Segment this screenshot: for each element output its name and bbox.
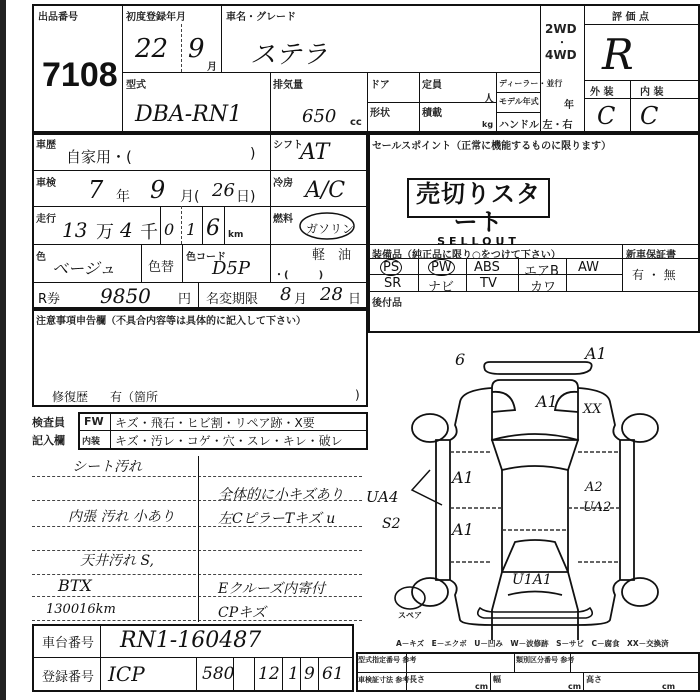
reg-digit-1: 580 xyxy=(202,664,234,684)
model-year-unit: 年 xyxy=(564,96,574,111)
model-year-label: モデル年式 xyxy=(499,96,539,107)
after-parts-label: 後付品 xyxy=(372,294,402,309)
class-number-label: 類別区分番号 参考 xyxy=(516,655,574,665)
fw-label: FW xyxy=(84,415,104,428)
equip-navi: ナビ xyxy=(428,276,454,295)
inspection-day: 26 xyxy=(212,180,235,201)
repair-close: ) xyxy=(355,388,360,402)
mark-front-bumper-right: A1 xyxy=(585,344,607,363)
equip-leather: カワ xyxy=(530,276,556,295)
displacement-value: 650 xyxy=(302,106,336,127)
inspector-label-1: 検査員 xyxy=(32,414,65,430)
repaint-label: 色替 xyxy=(148,256,174,275)
note-left-2: 内張 汚れ 小あり xyxy=(68,506,175,526)
reg-digit-4: 9 xyxy=(304,664,315,684)
fw-items: キズ・飛石・ヒビ割・リペア跡・X要 xyxy=(115,414,315,431)
inspection-year: 7 xyxy=(88,176,103,204)
mileage-sen-unit: 千 xyxy=(140,218,158,244)
inspector-label-2: 記入欄 xyxy=(32,432,65,448)
reg-label: 登録番号 xyxy=(42,666,94,685)
model-label: 型式 xyxy=(126,76,146,91)
inspection-day-unit: 日) xyxy=(236,186,255,206)
note-left-3: 天井汚れ S, xyxy=(80,550,154,570)
deadline-month: 8 xyxy=(280,284,291,305)
handle-label: ハンドル 左・右 xyxy=(499,116,572,131)
equip-pw: PW xyxy=(428,259,455,276)
drive-dot: ・ xyxy=(557,34,567,49)
exterior-label: 外 装 xyxy=(590,83,613,98)
lot-number: 7108 xyxy=(42,56,118,95)
load-unit: kg xyxy=(482,120,493,129)
reg-digit-5: 61 xyxy=(322,664,344,684)
fuel-diesel: 軽 油 xyxy=(312,244,351,263)
mark-left-sill-ua4: UA4 xyxy=(366,488,399,506)
displacement-label: 排気量 xyxy=(273,76,303,91)
inspection-month: 9 xyxy=(150,176,165,204)
car-diagram xyxy=(390,340,680,640)
displacement-unit: cc xyxy=(350,117,362,128)
width-label: 幅 xyxy=(493,674,501,685)
mileage-man: 13 xyxy=(62,218,87,242)
door-label: ドア xyxy=(370,76,390,91)
deadline-month-unit: 月 xyxy=(294,288,307,307)
fuel-circle xyxy=(298,208,356,242)
recycle-unit: 円 xyxy=(178,288,191,307)
drive-4wd: 4WD xyxy=(545,48,577,62)
interior-grade: C xyxy=(640,102,658,130)
certificate-size-label: 車検証寸法 参考 xyxy=(358,675,409,685)
sellout-stamp: 売切りスタート SELLOUT xyxy=(407,178,550,218)
recycle-label: R券 xyxy=(38,288,60,307)
chassis-value: RN1-160487 xyxy=(120,628,261,653)
inspection-year-unit: 年 xyxy=(116,186,130,206)
equip-sr: SR xyxy=(384,276,401,291)
note-right-1: 全体的に小キズあり xyxy=(218,484,344,504)
mileage-unit: km xyxy=(228,230,243,240)
mark-right-fender: XX xyxy=(583,402,602,417)
equip-tv: TV xyxy=(480,276,497,291)
score-value: R xyxy=(602,30,634,79)
scan-edge xyxy=(0,0,6,700)
mark-right-door-ua2: UA2 xyxy=(583,500,611,515)
note-right-5: CPキズ xyxy=(218,602,266,622)
history-close: ) xyxy=(250,146,255,162)
mileage-digit-3: 6 xyxy=(206,216,220,241)
score-label: 評 価 点 xyxy=(612,8,649,23)
interior-check-label: 内装 xyxy=(82,434,100,447)
interior-label: 内 装 xyxy=(640,83,663,98)
fuel-label: 燃料 xyxy=(273,210,293,225)
notes-label: 注意事項申告欄（不具合内容等は具体的に記入して下さい） xyxy=(36,312,306,327)
mileage-label: 走行 xyxy=(36,210,56,225)
chassis-label: 車台番号 xyxy=(42,632,94,651)
mark-front-bumper-left: 6 xyxy=(455,350,465,369)
mark-right-door-a2: A2 xyxy=(585,480,603,495)
height-unit: cm xyxy=(662,682,675,691)
equip-aw: AW xyxy=(578,260,599,275)
equipment-label: 装備品（純正品に限り○をつけて下さい） xyxy=(372,246,561,261)
color-code: D5P xyxy=(212,258,250,279)
shift-value: AT xyxy=(300,140,329,165)
sellout-stamp-main: 売切りスタート xyxy=(409,180,548,236)
car-name: ステラ xyxy=(250,34,327,71)
repair-label: 修復歴 xyxy=(52,388,88,405)
mileage-sen: 4 xyxy=(120,218,133,242)
warranty-label: 新車保証書 xyxy=(626,246,676,261)
history-label: 車歴 xyxy=(36,136,56,151)
inspection-label: 車検 xyxy=(36,174,56,189)
fuel-other: ・( ) xyxy=(274,266,323,281)
first-reg-month: 9 xyxy=(188,34,205,64)
shape-label: 形状 xyxy=(370,104,390,119)
width-unit: cm xyxy=(568,682,581,691)
mileage-digit-1: 0 xyxy=(164,220,174,239)
first-reg-label: 初度登録年月 xyxy=(126,8,186,23)
note-right-4: Eクルーズ内寄付 xyxy=(218,578,325,598)
mileage-digit-2: 1 xyxy=(186,220,196,239)
load-label: 積載 xyxy=(422,104,442,119)
reg-value: ICP xyxy=(108,662,145,686)
deadline-day: 28 xyxy=(320,284,343,305)
type-designation-label: 型式指定番号 参考 xyxy=(358,655,416,665)
model-code: DBA-RN1 xyxy=(135,102,242,127)
note-left-1: シート汚れ xyxy=(72,456,142,476)
repair-value: 有（箇所 xyxy=(110,388,158,405)
capacity-unit: 人 xyxy=(484,90,494,105)
mark-rear: U1A1 xyxy=(512,572,552,588)
reg-digit-2: 12 xyxy=(258,664,280,684)
aircon-value: A/C xyxy=(305,178,345,203)
history-value: 自家用・( xyxy=(66,146,132,167)
deadline-label: 名変期限 xyxy=(206,288,258,307)
note-left-4: BTX xyxy=(58,576,92,595)
exterior-grade: C xyxy=(597,102,615,130)
rear-bumper xyxy=(470,600,600,624)
aircon-label: 冷房 xyxy=(273,174,293,189)
reg-digit-3: 1 xyxy=(288,664,299,684)
equip-ps: PS xyxy=(380,259,402,276)
interior-items: キズ・汚レ・コゲ・穴・スレ・キレ・破レ xyxy=(115,432,343,449)
car-name-label: 車名・グレード xyxy=(226,8,296,23)
damage-legend: A－キズ E－エクボ U－凹み W－波修跡 S－サビ C－腐食 XX－交換済 xyxy=(396,638,669,649)
mark-left-rear-door: A1 xyxy=(452,520,474,539)
mark-hood: A1 xyxy=(536,392,558,411)
note-left-5: 130016km xyxy=(46,602,116,617)
capacity-label: 定員 xyxy=(422,76,442,91)
inspection-month-unit: 月( xyxy=(180,186,199,206)
color-value: ベージュ xyxy=(52,256,115,279)
equip-abs: ABS xyxy=(474,260,500,275)
warranty-value: 有 ・ 無 xyxy=(632,266,676,283)
length-label: 長さ xyxy=(409,674,425,685)
color-label: 色 xyxy=(36,248,46,263)
note-right-2: 左CピラーTキズ u xyxy=(218,508,335,528)
height-label: 高さ xyxy=(586,674,602,685)
mileage-man-unit: 万 xyxy=(96,218,114,244)
deadline-day-unit: 日 xyxy=(348,288,361,307)
dealer-label: ディーラー・並行 xyxy=(499,78,562,89)
recycle-amount: 9850 xyxy=(100,284,151,308)
mark-left-sill-s2: S2 xyxy=(382,516,401,532)
sales-point-label: セールスポイント（正常に機能するものに限ります） xyxy=(372,137,611,152)
spare-label: スペア xyxy=(398,610,422,621)
mark-left-front-door: A1 xyxy=(452,468,474,487)
lot-number-label: 出品番号 xyxy=(38,8,78,23)
length-unit: cm xyxy=(475,682,488,691)
first-reg-year: 22 xyxy=(135,34,168,64)
shift-label: シフト xyxy=(273,136,303,151)
month-unit: 月 xyxy=(207,58,217,73)
